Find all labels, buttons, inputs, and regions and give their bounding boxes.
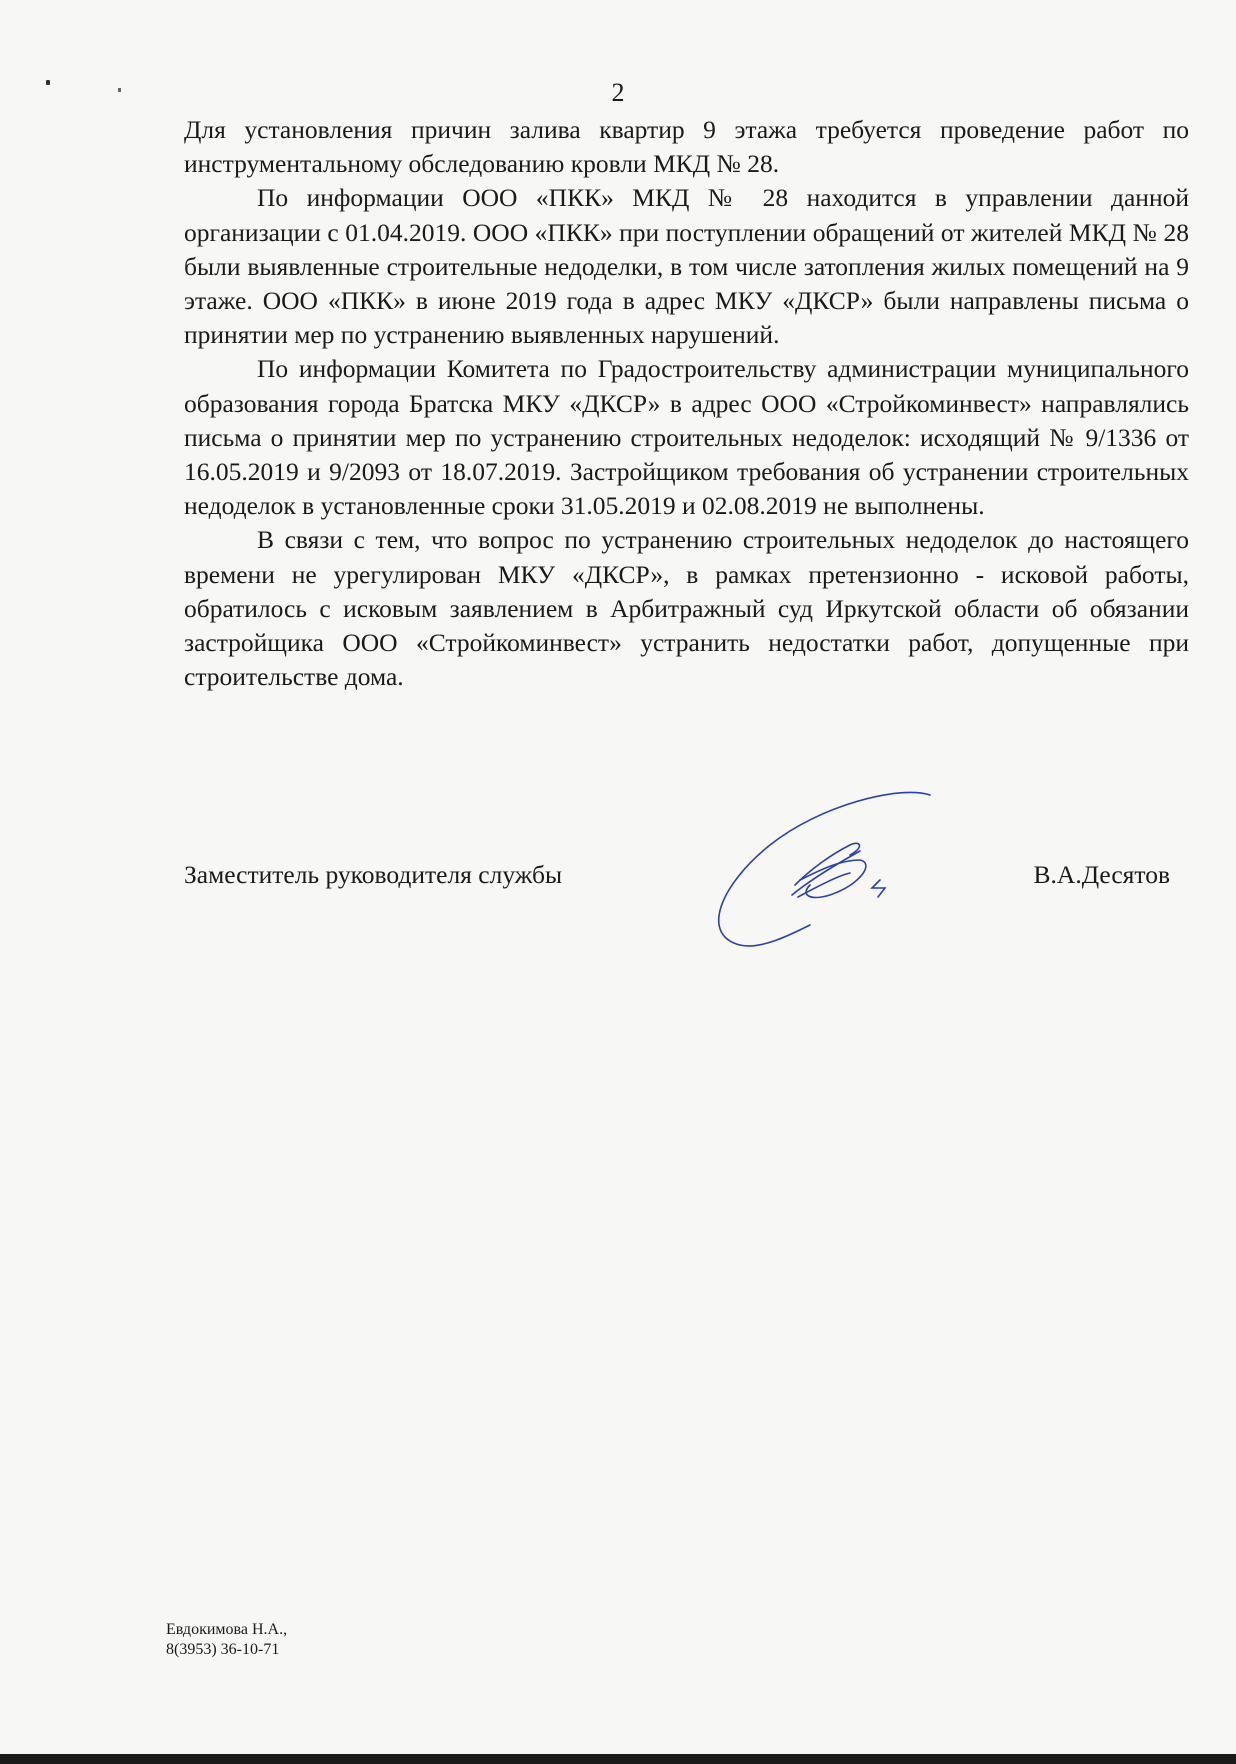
- executor-phone: 8(3953) 36-10-71: [166, 1640, 287, 1660]
- executor-name: Евдокимова Н.А.,: [166, 1620, 287, 1640]
- page-number: 2: [0, 78, 1236, 108]
- executor-footer: Евдокимова Н.А., 8(3953) 36-10-71: [166, 1620, 287, 1660]
- signatory-title: Заместитель руководителя службы: [184, 860, 562, 890]
- paragraph-3: По информации Комитета по Градостроитель…: [184, 352, 1189, 523]
- paragraph-1: Для установления причин залива квартир 9…: [184, 113, 1189, 181]
- signature-block: Заместитель руководителя службы В.А.Деся…: [184, 860, 1189, 900]
- letter-body: Для установления причин залива квартир 9…: [184, 113, 1189, 694]
- paragraph-4: В связи с тем, что вопрос по устранению …: [184, 523, 1189, 694]
- document-page: 2 Для установления причин залива квартир…: [0, 0, 1236, 1764]
- signatory-name: В.А.Десятов: [1034, 860, 1170, 890]
- paragraph-2: По информации ООО «ПКК» МКД № 28 находит…: [184, 181, 1189, 352]
- scan-edge: [0, 1754, 1236, 1764]
- handwritten-signature-icon: [700, 785, 950, 955]
